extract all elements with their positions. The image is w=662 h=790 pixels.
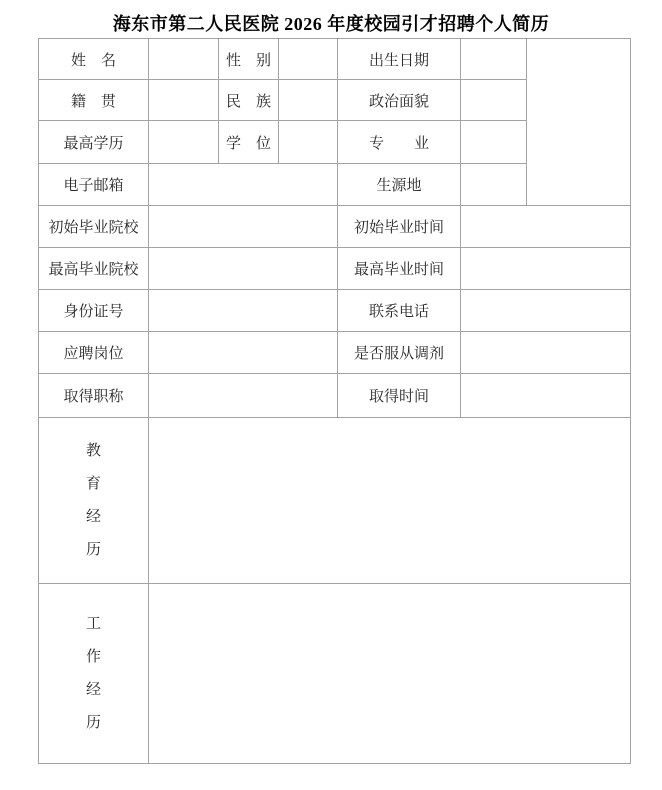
origin-label: 生源地: [338, 164, 461, 206]
initial-grad-time-label: 初始毕业时间: [338, 206, 461, 248]
highest-grad-time-label: 最高毕业时间: [338, 248, 461, 290]
work-experience-char: 工: [39, 608, 148, 641]
political-status-label: 政治面貌: [338, 80, 461, 121]
highest-school-field[interactable]: [149, 248, 338, 290]
ethnicity-label: 民 族: [219, 80, 279, 121]
major-field[interactable]: [461, 121, 527, 164]
obey-adjustment-field[interactable]: [461, 332, 631, 374]
gender-label: 性 别: [219, 39, 279, 80]
education-experience-label: 教 育 经 历: [39, 418, 149, 584]
work-experience-field[interactable]: [149, 584, 631, 764]
birth-date-field[interactable]: [461, 39, 527, 80]
highest-school-label: 最高毕业院校: [39, 248, 149, 290]
time-obtained-field[interactable]: [461, 374, 631, 418]
id-number-field[interactable]: [149, 290, 338, 332]
birth-date-label: 出生日期: [338, 39, 461, 80]
education-experience-char: 育: [39, 468, 148, 501]
work-experience-label: 工 作 经 历: [39, 584, 149, 764]
initial-grad-time-field[interactable]: [461, 206, 631, 248]
highest-grad-time-field[interactable]: [461, 248, 631, 290]
work-experience-char: 作: [39, 641, 148, 674]
degree-label: 学 位: [219, 121, 279, 164]
major-label: 专 业: [338, 121, 461, 164]
obey-adjustment-label: 是否服从调剂: [338, 332, 461, 374]
education-experience-char: 历: [39, 534, 148, 567]
row-work-experience: 工 作 经 历: [39, 584, 631, 764]
degree-field[interactable]: [279, 121, 338, 164]
row-initial-school: 初始毕业院校 初始毕业时间: [39, 206, 631, 248]
position-field[interactable]: [149, 332, 338, 374]
row-name-gender-birth: 姓 名 性 别 出生日期: [39, 39, 631, 80]
initial-school-field[interactable]: [149, 206, 338, 248]
email-label: 电子邮箱: [39, 164, 149, 206]
political-status-field[interactable]: [461, 80, 527, 121]
native-place-label: 籍 贯: [39, 80, 149, 121]
row-id-phone: 身份证号 联系电话: [39, 290, 631, 332]
position-label: 应聘岗位: [39, 332, 149, 374]
id-number-label: 身份证号: [39, 290, 149, 332]
phone-label: 联系电话: [338, 290, 461, 332]
education-experience-char: 经: [39, 501, 148, 534]
row-education-experience: 教 育 经 历: [39, 418, 631, 584]
origin-field[interactable]: [461, 164, 527, 206]
phone-field[interactable]: [461, 290, 631, 332]
highest-education-field[interactable]: [149, 121, 219, 164]
name-field[interactable]: [149, 39, 219, 80]
row-highest-school: 最高毕业院校 最高毕业时间: [39, 248, 631, 290]
row-position-adjustment: 应聘岗位 是否服从调剂: [39, 332, 631, 374]
photo-cell[interactable]: [527, 39, 631, 206]
email-field[interactable]: [149, 164, 338, 206]
name-label: 姓 名: [39, 39, 149, 80]
education-experience-field[interactable]: [149, 418, 631, 584]
gender-field[interactable]: [279, 39, 338, 80]
highest-education-label: 最高学历: [39, 121, 149, 164]
title-obtained-field[interactable]: [149, 374, 338, 418]
ethnicity-field[interactable]: [279, 80, 338, 121]
education-experience-char: 教: [39, 435, 148, 468]
page-title: 海东市第二人民医院 2026 年度校园引才招聘个人简历: [0, 10, 662, 36]
native-place-field[interactable]: [149, 80, 219, 121]
row-title-time: 取得职称 取得时间: [39, 374, 631, 418]
title-obtained-label: 取得职称: [39, 374, 149, 418]
resume-form-table: 姓 名 性 别 出生日期 籍 贯 民 族 政治面貌 最高学历 学 位 专 业 电…: [38, 38, 631, 764]
time-obtained-label: 取得时间: [338, 374, 461, 418]
initial-school-label: 初始毕业院校: [39, 206, 149, 248]
work-experience-char: 经: [39, 674, 148, 707]
work-experience-char: 历: [39, 707, 148, 740]
